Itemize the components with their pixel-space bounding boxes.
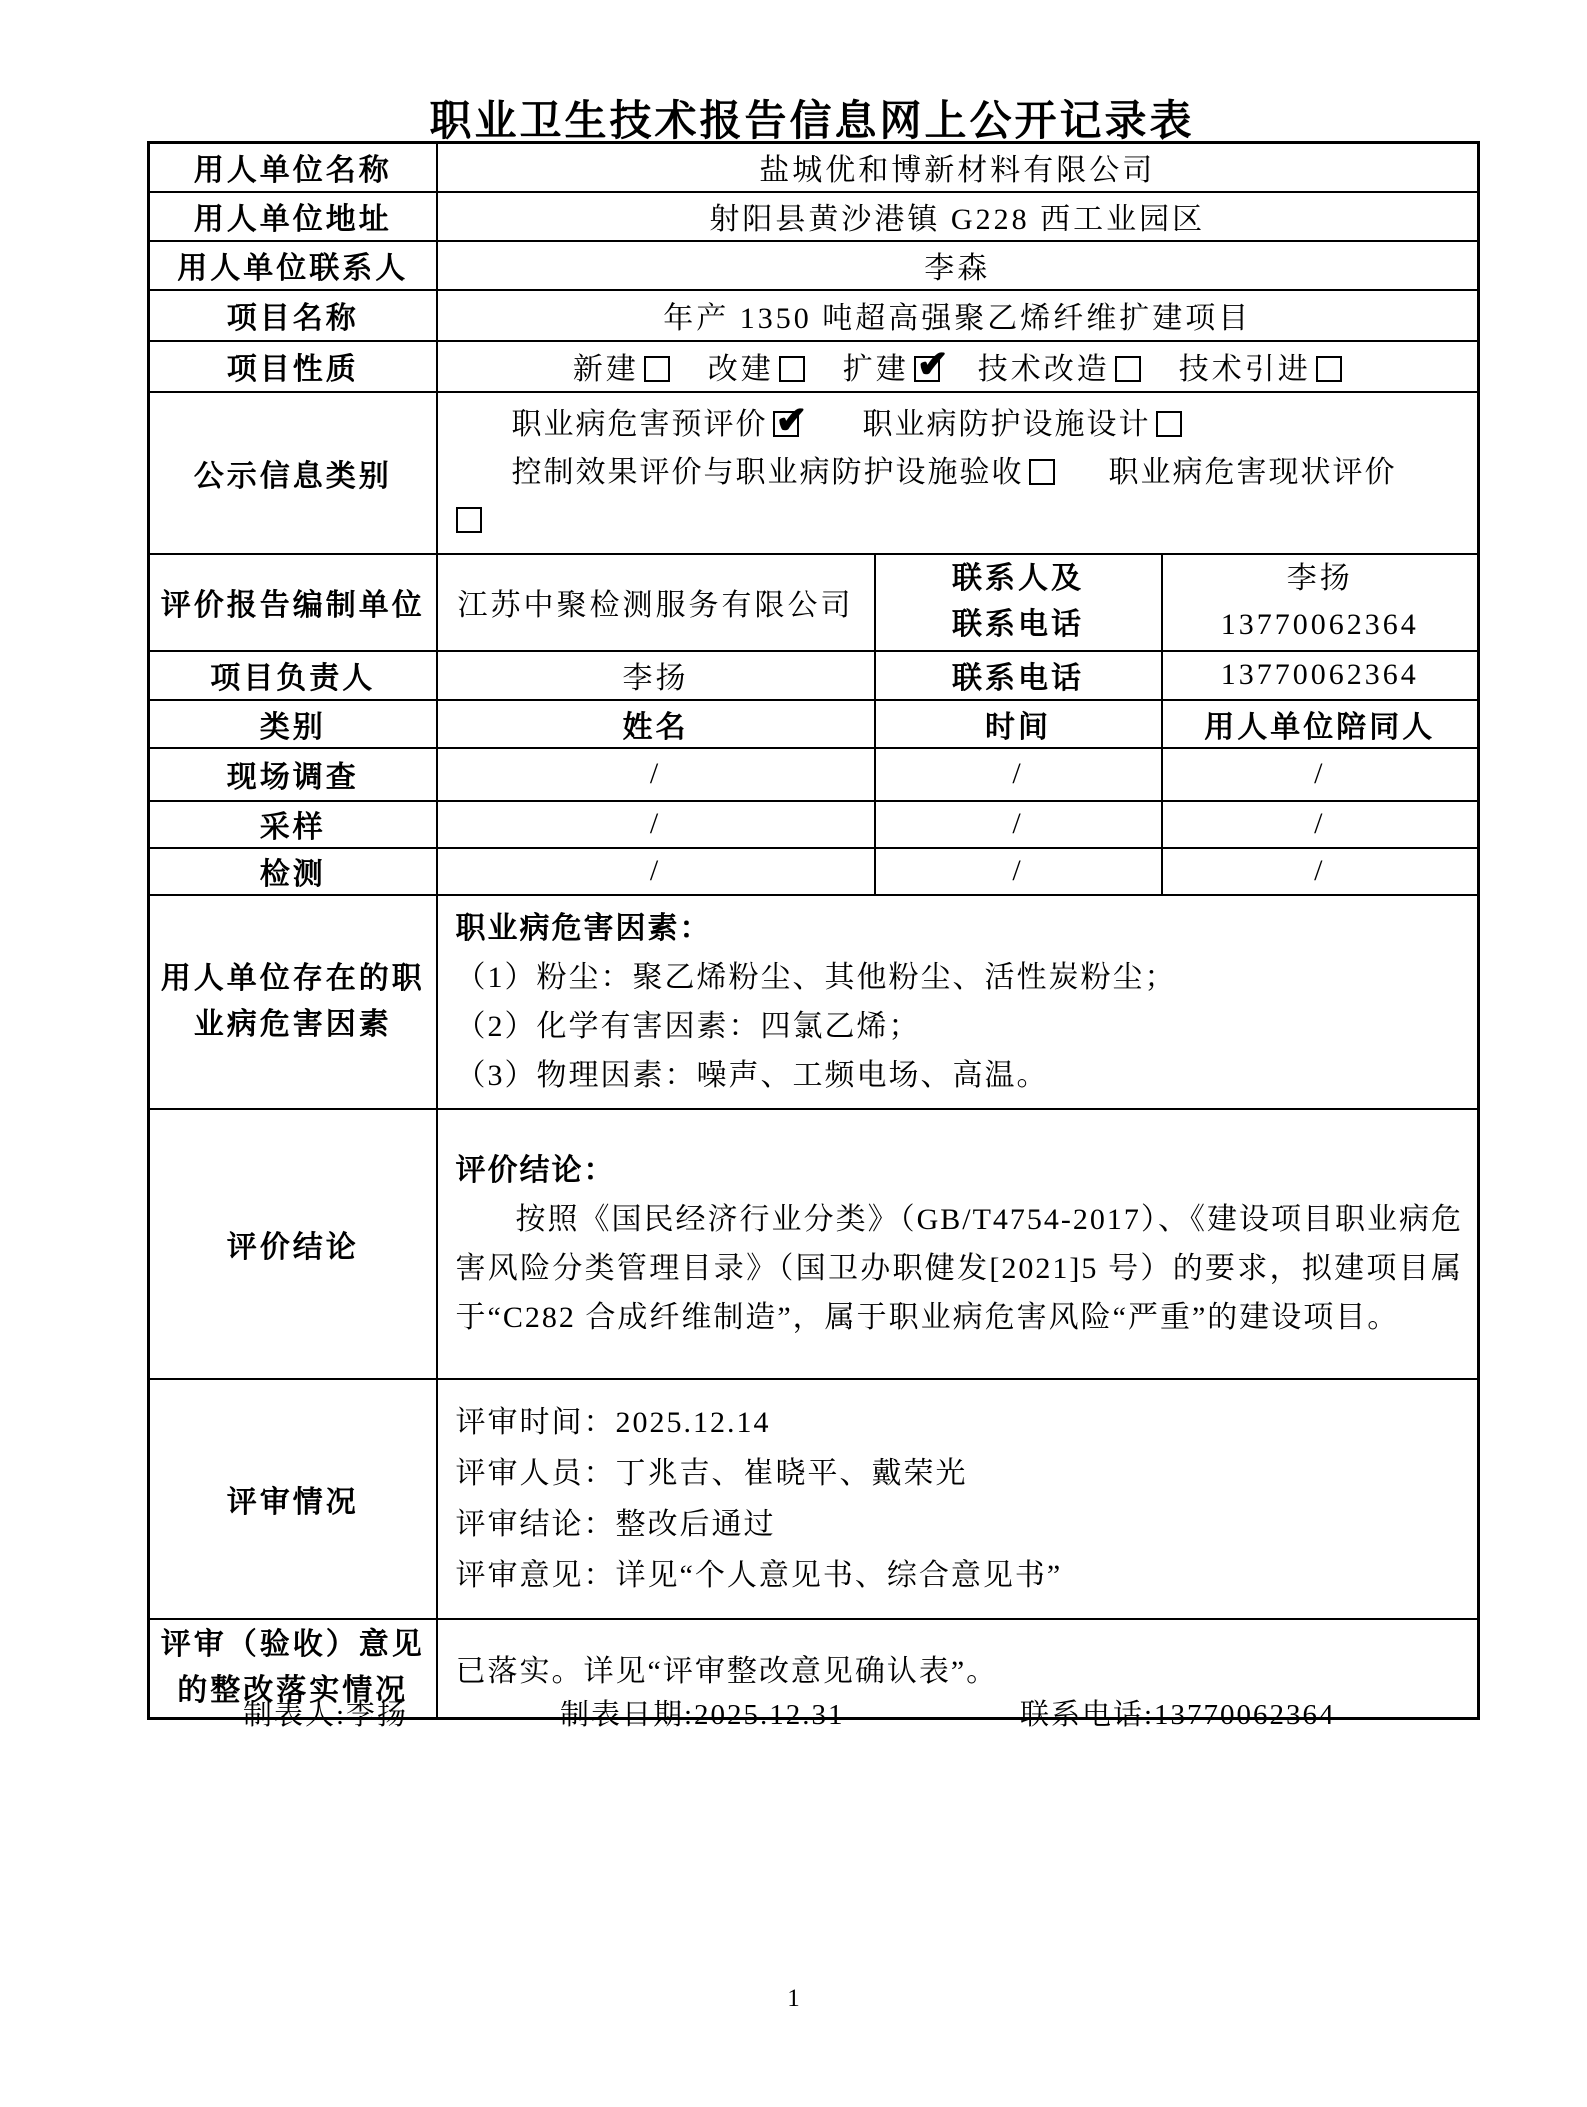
testing-escort: / xyxy=(1162,848,1479,895)
project-nature-options: 新建改建扩建技术改造技术引进 xyxy=(437,341,1479,392)
testing-time: / xyxy=(875,848,1162,895)
contact-name: 李扬 xyxy=(1169,556,1472,602)
conclusion-body: 按照《国民经济行业分类》（GB/T4754-2017）、《建设项目职业病危害风险… xyxy=(456,1195,1464,1342)
employer-address-label: 用人单位地址 xyxy=(149,192,437,241)
sampling-time: / xyxy=(875,801,1162,848)
project-nature-label: 项目性质 xyxy=(149,341,437,392)
option-tech-upgrade: 技术改造 xyxy=(978,353,1141,386)
employer-name-label: 用人单位名称 xyxy=(149,143,437,192)
public-info-label: 公示信息类别 xyxy=(149,392,437,554)
sampling-name: / xyxy=(437,801,875,848)
checkbox-tech-upgrade xyxy=(1115,356,1141,382)
contact-phone: 13770062364 xyxy=(1169,602,1472,648)
site-survey-time: / xyxy=(875,748,1162,801)
row-sampling: 采样 / / / xyxy=(149,801,1479,848)
checkbox-new-build xyxy=(644,356,670,382)
employer-contact-value: 李森 xyxy=(437,241,1479,290)
project-leader-value: 李扬 xyxy=(437,651,875,700)
checkbox-expansion xyxy=(914,356,940,382)
leader-phone-value: 13770062364 xyxy=(1162,651,1479,700)
hazards-label: 用人单位存在的职 业病危害因素 xyxy=(149,895,437,1109)
option-new-build: 新建 xyxy=(573,353,670,386)
leader-phone-label: 联系电话 xyxy=(875,651,1162,700)
conclusion-content: 评价结论： 按照《国民经济行业分类》（GB/T4754-2017）、《建设项目职… xyxy=(437,1109,1479,1379)
option-tech-import: 技术引进 xyxy=(1179,353,1342,386)
row-review: 评审情况 评审时间：2025.12.14 评审人员：丁兆吉、崔晓平、戴荣光 评审… xyxy=(149,1379,1479,1619)
page-title: 职业卫生技术报告信息网上公开记录表 xyxy=(147,88,1477,148)
checkbox-rebuild xyxy=(779,356,805,382)
row-site-survey: 现场调查 / / / xyxy=(149,748,1479,801)
row-project-name: 项目名称 年产 1350 吨超高强聚乙烯纤维扩建项目 xyxy=(149,290,1479,341)
row-category-header: 类别 姓名 时间 用人单位陪同人 xyxy=(149,700,1479,748)
category-header-escort: 用人单位陪同人 xyxy=(1162,700,1479,748)
page-number: 1 xyxy=(0,1985,1587,2013)
option-expansion: 扩建 xyxy=(843,353,940,386)
row-hazards: 用人单位存在的职 业病危害因素 职业病危害因素： （1）粉尘：聚乙烯粉尘、其他粉… xyxy=(149,895,1479,1109)
employer-name-value: 盐城优和博新材料有限公司 xyxy=(437,143,1479,192)
report-org-contact-value: 李扬 13770062364 xyxy=(1162,554,1479,651)
category-header-time: 时间 xyxy=(875,700,1162,748)
review-time: 评审时间：2025.12.14 xyxy=(456,1397,1464,1448)
project-name-label: 项目名称 xyxy=(149,290,437,341)
footer-date: 制表日期:2025.12.31 xyxy=(560,1692,845,1733)
testing-name: / xyxy=(437,848,875,895)
testing-label: 检测 xyxy=(149,848,437,895)
row-project-nature: 项目性质 新建改建扩建技术改造技术引进 xyxy=(149,341,1479,392)
conclusion-label: 评价结论 xyxy=(149,1109,437,1379)
public-info-options: 职业病危害预评价职业病防护设施设计 控制效果评价与职业病防护设施验收职业病危害现… xyxy=(437,392,1479,554)
row-conclusion: 评价结论 评价结论： 按照《国民经济行业分类》（GB/T4754-2017）、《… xyxy=(149,1109,1479,1379)
checkbox-pre-evaluation xyxy=(773,411,799,437)
record-table: 用人单位名称 盐城优和博新材料有限公司 用人单位地址 射阳县黄沙港镇 G228 … xyxy=(147,141,1480,1720)
category-header-label: 类别 xyxy=(149,700,437,748)
row-testing: 检测 / / / xyxy=(149,848,1479,895)
row-employer-contact: 用人单位联系人 李森 xyxy=(149,241,1479,290)
row-project-leader: 项目负责人 李扬 联系电话 13770062364 xyxy=(149,651,1479,700)
checkbox-tech-import xyxy=(1316,356,1342,382)
review-content: 评审时间：2025.12.14 评审人员：丁兆吉、崔晓平、戴荣光 评审结论：整改… xyxy=(437,1379,1479,1619)
checkbox-status-evaluation xyxy=(456,507,482,533)
category-header-name: 姓名 xyxy=(437,700,875,748)
review-conclusion: 评审结论：整改后通过 xyxy=(456,1499,1464,1550)
public-info-line-1: 职业病危害预评价职业病防护设施设计 xyxy=(456,401,1464,449)
hazards-heading: 职业病危害因素： xyxy=(456,904,1464,953)
row-employer-address: 用人单位地址 射阳县黄沙港镇 G228 西工业园区 xyxy=(149,192,1479,241)
project-leader-label: 项目负责人 xyxy=(149,651,437,700)
row-employer-name: 用人单位名称 盐城优和博新材料有限公司 xyxy=(149,143,1479,192)
checkbox-control-effect xyxy=(1029,459,1055,485)
report-org-label: 评价报告编制单位 xyxy=(149,554,437,651)
row-public-info-type: 公示信息类别 职业病危害预评价职业病防护设施设计 控制效果评价与职业病防护设施验… xyxy=(149,392,1479,554)
hazards-item-chemical: （2）化学有害因素：四氯乙烯； xyxy=(456,1002,1464,1051)
hazards-content: 职业病危害因素： （1）粉尘：聚乙烯粉尘、其他粉尘、活性炭粉尘； （2）化学有害… xyxy=(437,895,1479,1109)
site-survey-name: / xyxy=(437,748,875,801)
site-survey-label: 现场调查 xyxy=(149,748,437,801)
public-info-line-3 xyxy=(456,497,1464,545)
project-name-value: 年产 1350 吨超高强聚乙烯纤维扩建项目 xyxy=(437,290,1479,341)
row-report-org: 评价报告编制单位 江苏中聚检测服务有限公司 联系人及 联系电话 李扬 13770… xyxy=(149,554,1479,651)
employer-address-value: 射阳县黄沙港镇 G228 西工业园区 xyxy=(437,192,1479,241)
footer-preparer: 制表人:李扬 xyxy=(243,1692,408,1733)
review-opinion: 评审意见：详见“个人意见书、综合意见书” xyxy=(456,1550,1464,1601)
report-org-contact-label: 联系人及 联系电话 xyxy=(875,554,1162,651)
conclusion-heading: 评价结论： xyxy=(456,1146,1464,1195)
report-org-value: 江苏中聚检测服务有限公司 xyxy=(437,554,875,651)
document-page: 职业卫生技术报告信息网上公开记录表 用人单位名称 盐城优和博新材料有限公司 用人… xyxy=(0,0,1587,2107)
public-info-line-2: 控制效果评价与职业病防护设施验收职业病危害现状评价 xyxy=(456,449,1464,497)
hazards-item-dust: （1）粉尘：聚乙烯粉尘、其他粉尘、活性炭粉尘； xyxy=(456,953,1464,1002)
checkbox-facility-design xyxy=(1156,411,1182,437)
review-members: 评审人员：丁兆吉、崔晓平、戴荣光 xyxy=(456,1448,1464,1499)
footer-phone: 联系电话:13770062364 xyxy=(1020,1692,1336,1733)
sampling-escort: / xyxy=(1162,801,1479,848)
site-survey-escort: / xyxy=(1162,748,1479,801)
employer-contact-label: 用人单位联系人 xyxy=(149,241,437,290)
hazards-item-physical: （3）物理因素：噪声、工频电场、高温。 xyxy=(456,1051,1464,1100)
sampling-label: 采样 xyxy=(149,801,437,848)
review-label: 评审情况 xyxy=(149,1379,437,1619)
option-rebuild: 改建 xyxy=(708,353,805,386)
